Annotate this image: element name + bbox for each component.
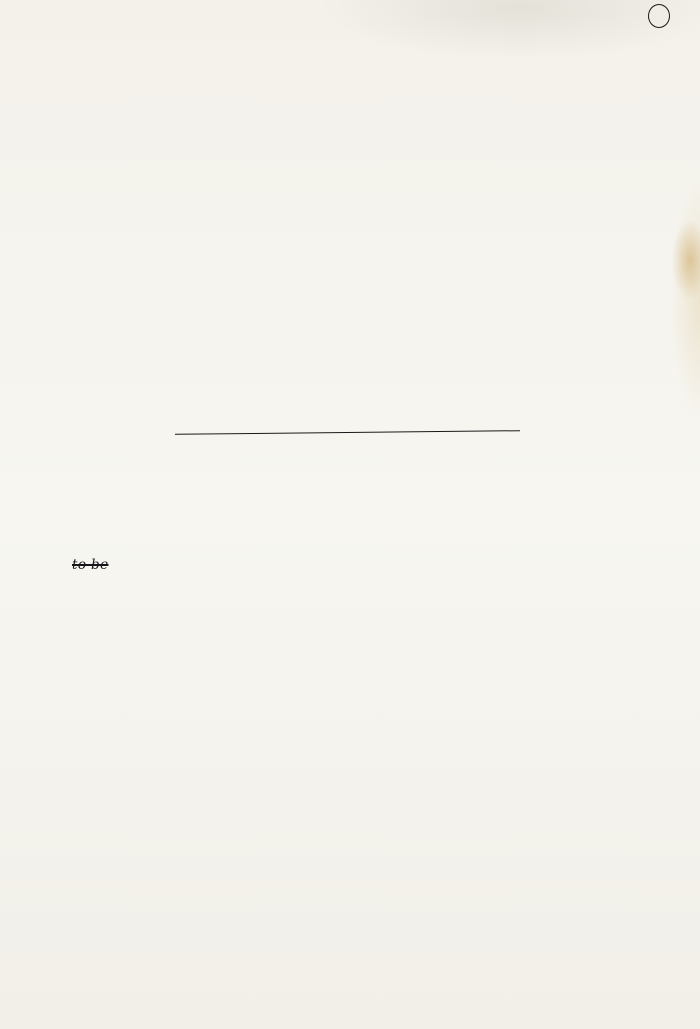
section-divider	[175, 430, 520, 435]
manuscript-page: to be	[0, 0, 700, 1029]
page-number	[648, 4, 670, 28]
struck-word: to be	[72, 557, 108, 573]
